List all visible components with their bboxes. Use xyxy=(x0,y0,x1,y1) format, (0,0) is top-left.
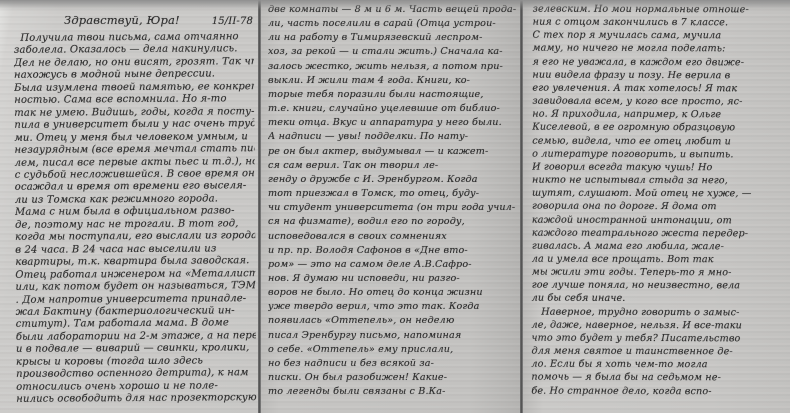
handwritten-line: маму, но ничего не могла поделать: xyxy=(533,42,790,56)
handwritten-line: уже твердо верил, что это так. Когда xyxy=(268,300,521,314)
letter-date: 15/II-78 xyxy=(212,16,253,27)
letter-header: Здравствуй, Юра! 15/II-78 xyxy=(0,0,259,28)
handwritten-line: ся сам верил. Так он творил ле- xyxy=(268,159,521,173)
letter-page-2: две комнаты — 8 м и 6 м. Часть вещей про… xyxy=(261,0,521,413)
handwritten-line: залось жестко, жить нельзя, а потом при- xyxy=(268,60,521,74)
handwritten-line: теки отца. Вкус и аппаратура у него были… xyxy=(268,116,521,130)
handwritten-line: его увлечения. А так хотелось! Я так xyxy=(532,82,790,96)
handwritten-line: ром» — это на самом деле А.В.Сафро- xyxy=(268,258,521,272)
handwritten-line: когда мы поступали, его выслали из город… xyxy=(15,230,255,244)
handwritten-line: каждого театрального жеста передер- xyxy=(532,226,790,240)
salutation: Здравствуй, Юра! xyxy=(64,13,180,27)
handwritten-line: нились освободить для нас прозекторскую … xyxy=(16,392,256,406)
handwritten-line: мы жили эти годы. Теперь-то я мно- xyxy=(532,266,790,280)
handwritten-line: писал Эренбургу письмо, напоминая xyxy=(268,329,521,343)
handwritten-line: Наверное, трудно говорить о замыс- xyxy=(532,305,790,319)
handwritten-line: осаждал и время от времени его выселя- xyxy=(15,181,255,195)
handwritten-line: каждой иностранной интонации, от xyxy=(532,213,790,227)
handwritten-line: т.е. книги, случайно уцелевшие от библио… xyxy=(268,102,521,116)
handwritten-line: чи студент университета (он три года учи… xyxy=(268,201,521,215)
handwritten-line: появилась «Оттепель», он неделю xyxy=(268,314,521,328)
handwritten-line: но. Я приходила, например, к Ольге xyxy=(532,108,790,122)
handwritten-line: никто не испытывал стыда за него, xyxy=(532,174,790,188)
handwritten-line: нии видела фразу и позу. Не верила в xyxy=(532,68,790,82)
handwritten-line: ли, часть поселили в сарай (Отца устрои- xyxy=(268,17,521,31)
handwritten-line: торые тебя поразили были настоящие, xyxy=(268,88,521,102)
handwritten-line: ло. Если бы я хоть чем-то могла xyxy=(531,358,789,372)
handwritten-line: то легенды были связаны с В.Ка- xyxy=(268,385,521,399)
handwritten-line: производство оспенного детрита), к нам xyxy=(16,367,256,381)
handwritten-line: Киселевой, в ее огромную образцовую xyxy=(532,121,790,135)
handwritten-line: семью, видела, что ее отец любит и xyxy=(532,134,790,148)
handwritten-line: генду о дружбе с И. Эренбургом. Когда xyxy=(268,173,521,187)
handwritten-line: ли на работу в Тимирязевский леспром- xyxy=(268,31,521,45)
handwritten-line: шутят, слушают. Мой отец не хуже, — xyxy=(532,187,790,201)
handwritten-line: гивалась. А мама его любила, жале- xyxy=(532,239,790,253)
handwritten-line: две комнаты — 8 м и 6 м. Часть вещей про… xyxy=(268,3,521,17)
letter-page-3: зелевским. Но мои нормальные отноше-ния … xyxy=(523,0,790,413)
handwritten-line: хоз, за рекой — и стали жить.) Сначала к… xyxy=(268,45,521,59)
handwritten-line: что это будет у тебя? Писательство xyxy=(531,331,789,345)
handwritten-line: и пр. пр. Володя Сафонов в «Дне вто- xyxy=(268,244,521,258)
letter-scan: Здравствуй, Юра! 15/II-78 Получила твои … xyxy=(0,0,790,413)
handwritten-line: исповедовался в своих сомнениях xyxy=(268,230,521,244)
handwritten-line: зелевским. Но мои нормальные отноше- xyxy=(533,3,790,17)
handwritten-line: тот приезжал в Томск, то отец, буду- xyxy=(268,187,521,201)
handwritten-line: ле, даже, наверное, нельзя. И все-таки xyxy=(532,318,790,332)
handwritten-line: С тех пор я мучилась сама, мучила xyxy=(533,29,790,43)
handwritten-line: ре он был актер, выдумывал — и кажет- xyxy=(268,145,521,159)
handwritten-line: говорила она по дороге. Я дома от xyxy=(532,200,790,214)
handwritten-line: о литературе поговорить, и выпить. xyxy=(532,147,790,161)
handwritten-line: Дел не делаю, но они висят, грозят. Так … xyxy=(14,56,254,70)
handwritten-line: квартиры, т.к. квартира была заводская. xyxy=(15,255,255,269)
handwritten-line: ся на физмате), водил его по городу, xyxy=(268,215,521,229)
handwritten-line: пила в университет были у нас очень труд… xyxy=(14,118,254,132)
handwritten-line: помочь — я была бы на седьмом не- xyxy=(531,371,789,385)
handwritten-line: А надписи — увы! подделки. По нату- xyxy=(268,130,521,144)
letter-page-1: Здравствуй, Юра! 15/II-78 Получила твои … xyxy=(0,0,259,413)
handwritten-line: завидовала всем, у кого все просто, яс- xyxy=(532,95,790,109)
handwritten-line: ния с отцом закончились в 7 классе. xyxy=(533,16,790,30)
handwritten-line: и в подвале — виварий — свинки, кролики, xyxy=(16,342,256,356)
handwritten-line: но без надписи и без всякой за- xyxy=(268,357,521,371)
handwritten-line: я его не уважала, в каждом его движе- xyxy=(532,55,790,69)
page-fold-divider xyxy=(520,0,523,413)
handwritten-line: писки. Он был разобижен! Какие- xyxy=(268,371,521,385)
handwritten-line: ла и умела все прощать. Вот так xyxy=(532,253,790,267)
handwritten-line: выкли. И жили там 4 года. Книги, ко- xyxy=(268,74,521,88)
page-1-text: Получила твои письма, сама отчаяннозабол… xyxy=(0,27,259,406)
page-2-text: две комнаты — 8 м и 6 м. Часть вещей про… xyxy=(261,0,521,399)
handwritten-line: нов. Я думаю ни исповеди, ни разго- xyxy=(268,272,521,286)
handwritten-line: для меня святое и таинственное де- xyxy=(531,345,789,359)
page-fold-divider xyxy=(258,0,261,413)
handwritten-line: бе. Но странное дело, когда вспо- xyxy=(531,384,789,398)
page-3-text: зелевским. Но мои нормальные отноше-ния … xyxy=(523,0,790,398)
handwritten-line: гое лучше поняла, но неизвестно, вела xyxy=(532,279,790,293)
handwritten-line: И говорил всегда такую чушь! Но xyxy=(532,160,790,174)
handwritten-line: воров не было. Но отец до конца жизни xyxy=(268,286,521,300)
handwritten-line: незаурядным (все время мечтал стать писа… xyxy=(14,143,254,157)
handwritten-line: о себе. «Оттепель» ему прислали, xyxy=(268,343,521,357)
handwritten-line: или, как потом будет он называться, ТЭМЗ… xyxy=(15,280,255,294)
handwritten-line: ли бы себя иначе. xyxy=(532,292,790,306)
